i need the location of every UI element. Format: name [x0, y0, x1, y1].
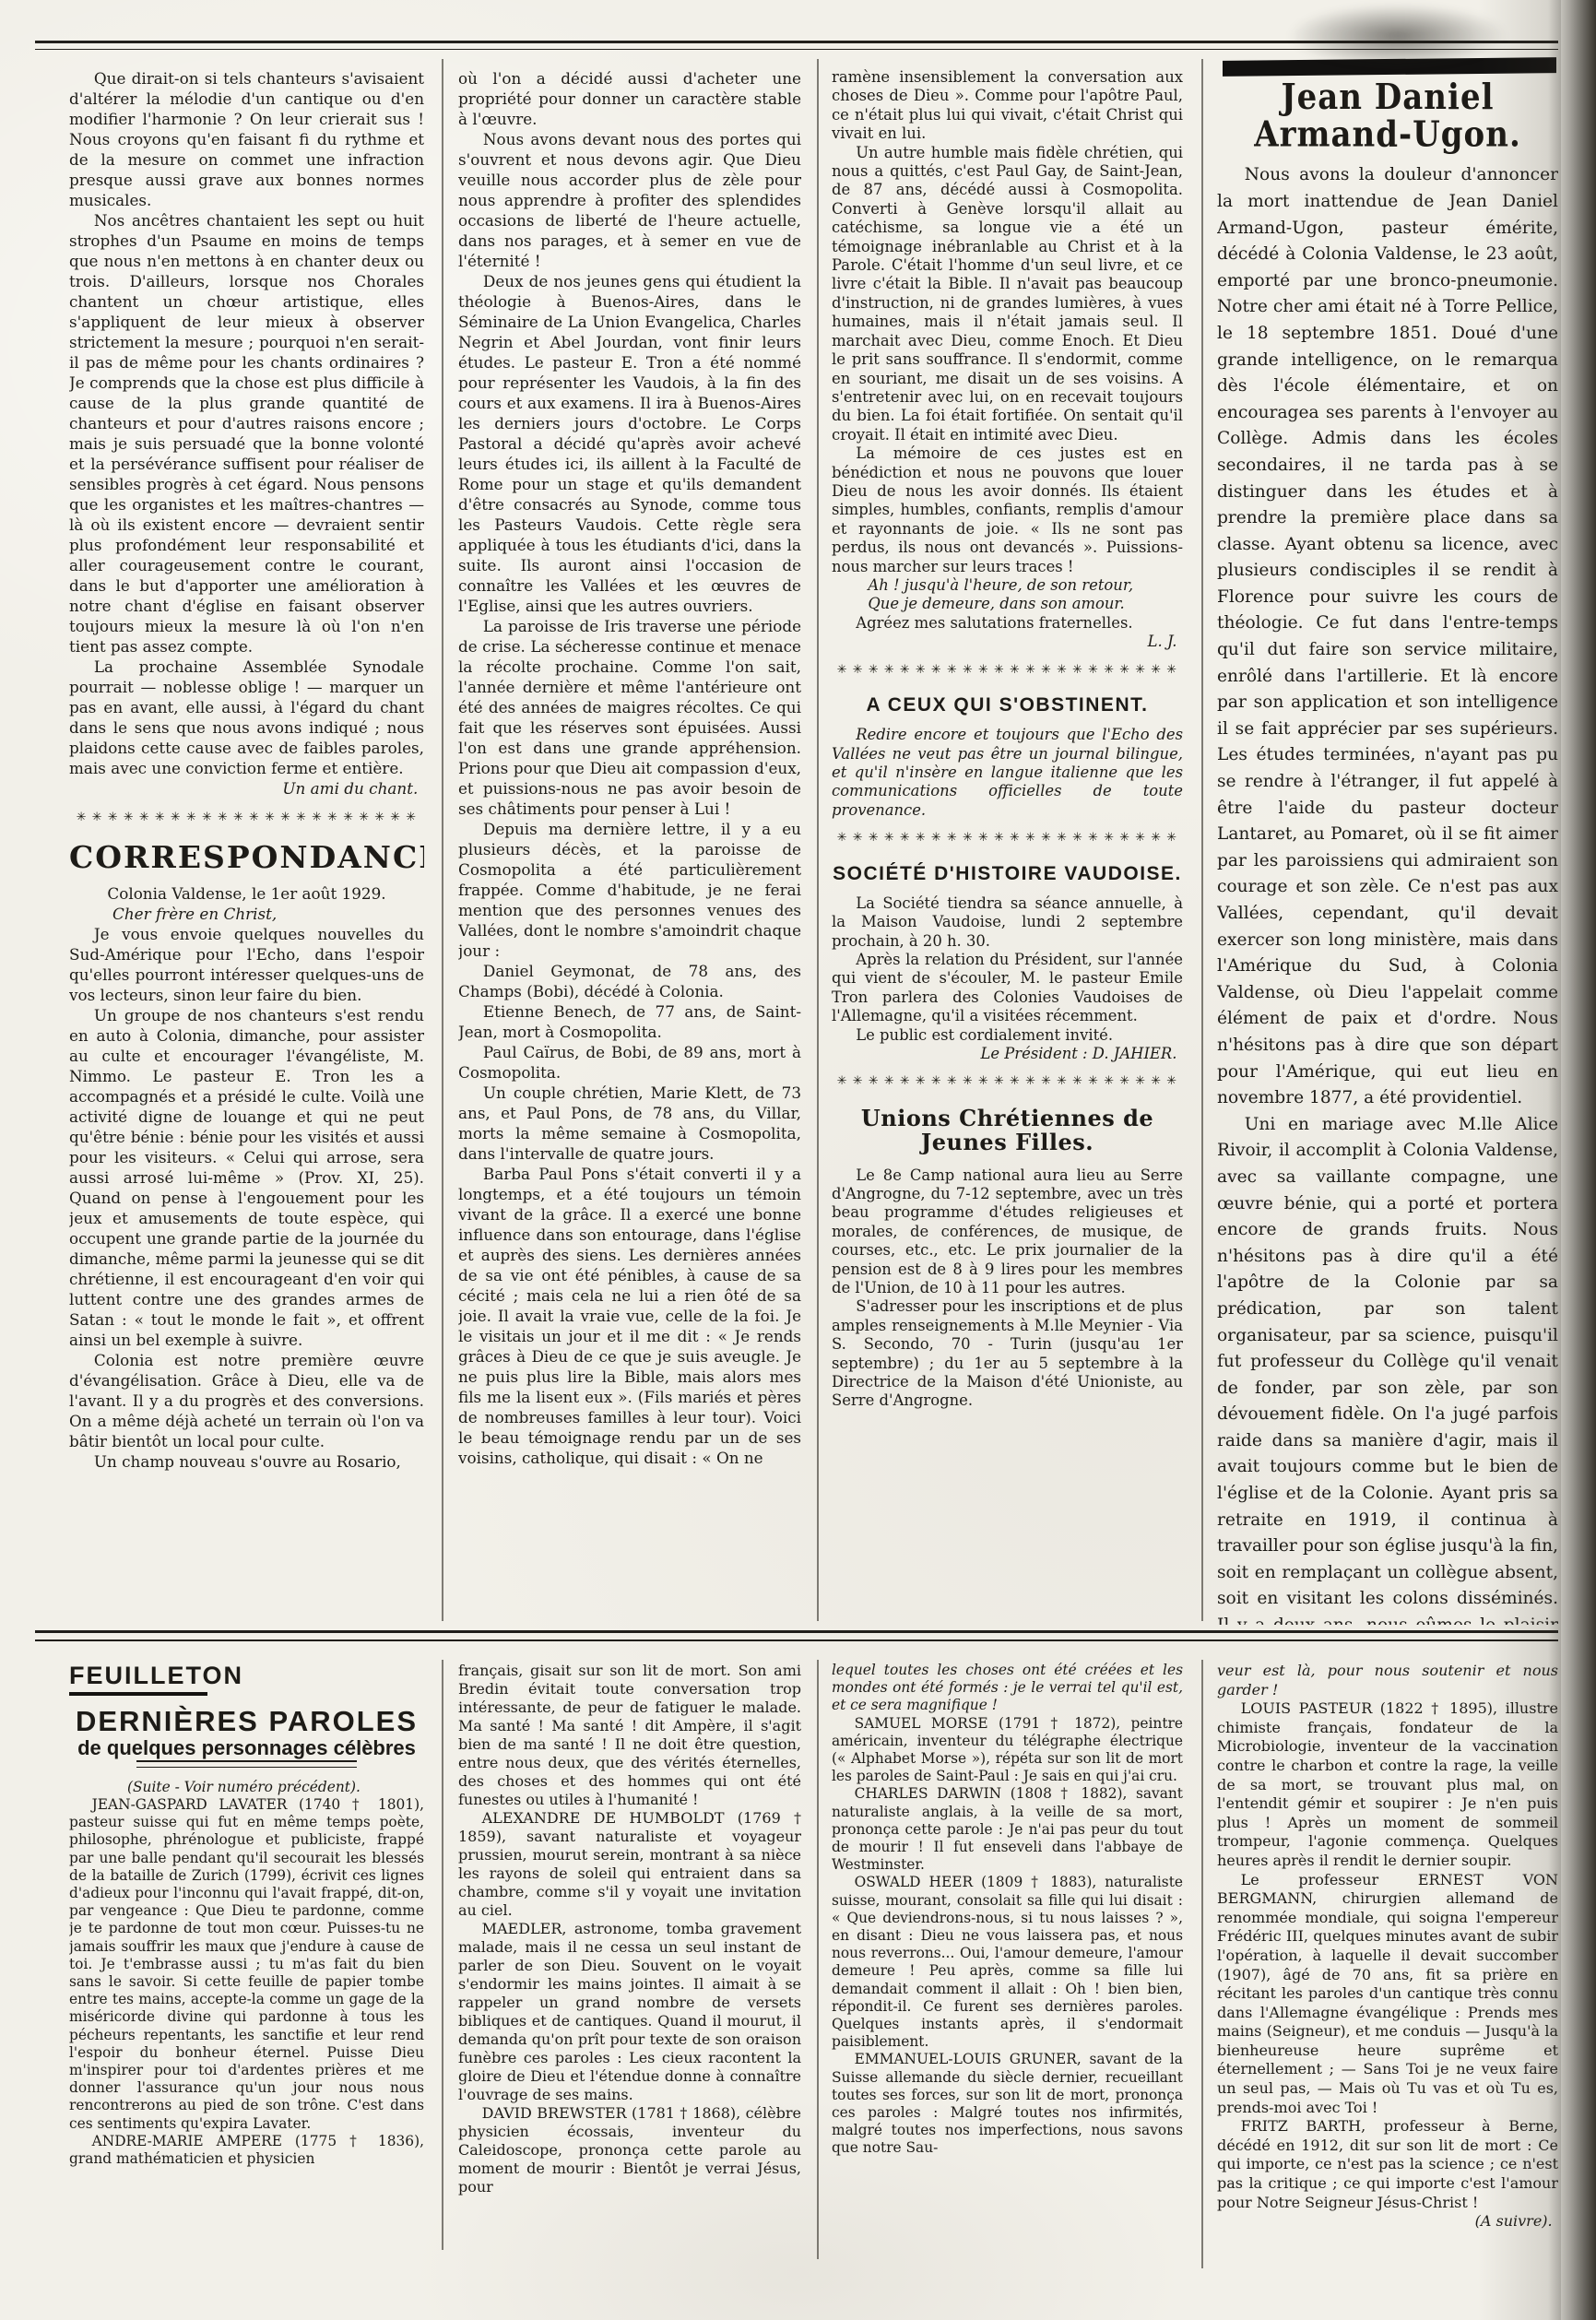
- top-column-3: ramène insensiblement la conversation au…: [832, 68, 1183, 1625]
- signature: Le Président : D. JAHIER.: [832, 1045, 1183, 1063]
- section-heading: CORRESPONDANCE.: [69, 841, 424, 874]
- ink-smudge: [1287, 4, 1508, 68]
- paragraph: OSWALD HEER (1809 † 1883), naturaliste s…: [832, 1874, 1183, 2051]
- paragraph: EMMANUEL-LOUIS GRUNER, savant de la Suis…: [832, 2051, 1183, 2157]
- page-curl-shadow: [1548, 0, 1596, 2320]
- label-rule: [69, 1692, 207, 1696]
- feuilleton-column-3: lequel toutes les choses ont été créées …: [832, 1662, 1183, 2307]
- notice-heading: SOCIÉTÉ D'HISTOIRE VAUDOISE.: [832, 863, 1183, 885]
- paragraph: CHARLES DARWIN (1808 † 1882), savant nat…: [832, 1785, 1183, 1874]
- paragraph: Que dirait-on si tels chanteurs s'avisai…: [69, 68, 424, 210]
- paragraph: JEAN-GASPARD LAVATER (1740 † 1801), past…: [69, 1796, 424, 2133]
- ornament-row: ✳ ✳ ✳ ✳ ✳ ✳ ✳ ✳ ✳ ✳ ✳ ✳ ✳ ✳ ✳ ✳ ✳ ✳ ✳ ✳ …: [832, 661, 1183, 680]
- paragraph: Paul Caïrus, de Bobi, de 89 ans, mort à …: [458, 1042, 801, 1083]
- feuilleton-label: FEUILLETON: [69, 1663, 424, 1688]
- column-rule: [442, 1660, 443, 2250]
- signature: L. J.: [832, 633, 1183, 651]
- paragraph: Je vous envoie quelques nouvelles du Sud…: [69, 924, 424, 1005]
- dateline: Colonia Valdense, le 1er août 1929.: [69, 883, 424, 904]
- italic-paragraph-continuation: lequel toutes les choses ont été créées …: [832, 1662, 1183, 1715]
- paragraph: DAVID BREWSTER (1781 † 1868), célèbre ph…: [458, 2104, 801, 2196]
- feuilleton-subtitle: de quelques personnages célèbres: [69, 1739, 424, 1757]
- paragraph: Le public est cordialement invité.: [832, 1026, 1183, 1045]
- paragraph: Colonia est notre première œuvre d'évang…: [69, 1350, 424, 1451]
- title-rule: [136, 1760, 357, 1768]
- paragraph: ANDRE-MARIE AMPERE (1775 † 1836), grand …: [69, 2133, 424, 2168]
- paragraph: Daniel Geymonat, de 78 ans, des Champs (…: [458, 961, 801, 1001]
- ornament-row: ✳ ✳ ✳ ✳ ✳ ✳ ✳ ✳ ✳ ✳ ✳ ✳ ✳ ✳ ✳ ✳ ✳ ✳ ✳ ✳ …: [832, 1072, 1183, 1091]
- paragraph: Etienne Benech, de 77 ans, de Saint-Jean…: [458, 1001, 801, 1042]
- paragraph: ALEXANDRE DE HUMBOLDT (1769 † 1859), sav…: [458, 1809, 801, 1920]
- paragraph: Après la relation du Président, sur l'an…: [832, 951, 1183, 1026]
- feuilleton-column-1: FEUILLETONDERNIÈRES PAROLESde quelques p…: [69, 1662, 424, 2307]
- column-rule: [1201, 59, 1203, 1621]
- paragraph: Un groupe de nos chanteurs s'est rendu e…: [69, 1005, 424, 1350]
- paragraph: Depuis ma dernière lettre, il y a eu plu…: [458, 819, 801, 961]
- paragraph: Un champ nouveau s'ouvre au Rosario,: [69, 1451, 424, 1472]
- feuilleton-title: DERNIÈRES PAROLES: [69, 1707, 424, 1737]
- paragraph: Agréez mes salutations fraternelles.: [832, 614, 1183, 633]
- signature: Un ami du chant.: [69, 778, 424, 799]
- paragraph-continuation: ramène insensiblement la conversation au…: [832, 68, 1183, 144]
- section-divider-rule: [35, 1630, 1558, 1641]
- ornament-row: ✳ ✳ ✳ ✳ ✳ ✳ ✳ ✳ ✳ ✳ ✳ ✳ ✳ ✳ ✳ ✳ ✳ ✳ ✳ ✳ …: [69, 808, 424, 828]
- top-column-1: Que dirait-on si tels chanteurs s'avisai…: [69, 68, 424, 1625]
- ornament-row: ✳ ✳ ✳ ✳ ✳ ✳ ✳ ✳ ✳ ✳ ✳ ✳ ✳ ✳ ✳ ✳ ✳ ✳ ✳ ✳ …: [832, 829, 1183, 847]
- paragraph: Le 8e Camp national aura lieu au Serre d…: [832, 1166, 1183, 1298]
- paragraph: MAEDLER, astronome, tomba gravement mala…: [458, 1920, 801, 2104]
- paragraph: La paroisse de Iris traverse une période…: [458, 616, 801, 819]
- column-rule: [1201, 1660, 1203, 2268]
- column-rule: [442, 59, 443, 1621]
- association-heading: Unions Chrétiennes de Jeunes Filles.: [832, 1107, 1183, 1155]
- paragraph: La Société tiendra sa séance annuelle, à…: [832, 894, 1183, 951]
- newspaper-page: Que dirait-on si tels chanteurs s'avisai…: [0, 0, 1596, 2320]
- serial-note: (Suite - Voir numéro précédent).: [69, 1779, 424, 1796]
- verse-line: Que je demeure, dans son amour.: [868, 595, 1183, 613]
- italic-paragraph: Redire encore et toujours que l'Echo des…: [832, 726, 1183, 820]
- verse-line: Ah ! jusqu'à l'heure, de son retour,: [868, 576, 1183, 595]
- feuilleton-column-2: français, gisait sur son lit de mort. So…: [458, 1662, 801, 2307]
- paragraph: Nous avons devant nous des portes qui s'…: [458, 129, 801, 271]
- paragraph: Barba Paul Pons s'était converti il y a …: [458, 1164, 801, 1468]
- paragraph: Un couple chrétien, Marie Klett, de 73 a…: [458, 1083, 801, 1164]
- notice-heading: A CEUX QUI S'OBSTINENT.: [832, 694, 1183, 716]
- paragraph: Nos ancêtres chantaient les sept ou huit…: [69, 210, 424, 657]
- paragraph: SAMUEL MORSE (1791 † 1872), peintre amér…: [832, 1715, 1183, 1786]
- paragraph: Un autre humble mais fidèle chrétien, qu…: [832, 144, 1183, 445]
- paragraph: La prochaine Assemblée Synodale pourrait…: [69, 657, 424, 778]
- paragraph: Deux de nos jeunes gens qui étudient la …: [458, 271, 801, 616]
- paragraph: S'adresser pour les inscriptions et de p…: [832, 1297, 1183, 1410]
- column-rule: [817, 1660, 819, 2259]
- paragraph: La mémoire de ces justes est en bénédict…: [832, 444, 1183, 576]
- column-rule: [817, 59, 819, 1621]
- paragraph-continuation: où l'on a décidé aussi d'acheter une pro…: [458, 68, 801, 129]
- salutation-line: Cher frère en Christ,: [88, 904, 424, 924]
- paragraph-continuation: français, gisait sur son lit de mort. So…: [458, 1662, 801, 1809]
- top-column-2: où l'on a décidé aussi d'acheter une pro…: [458, 68, 801, 1625]
